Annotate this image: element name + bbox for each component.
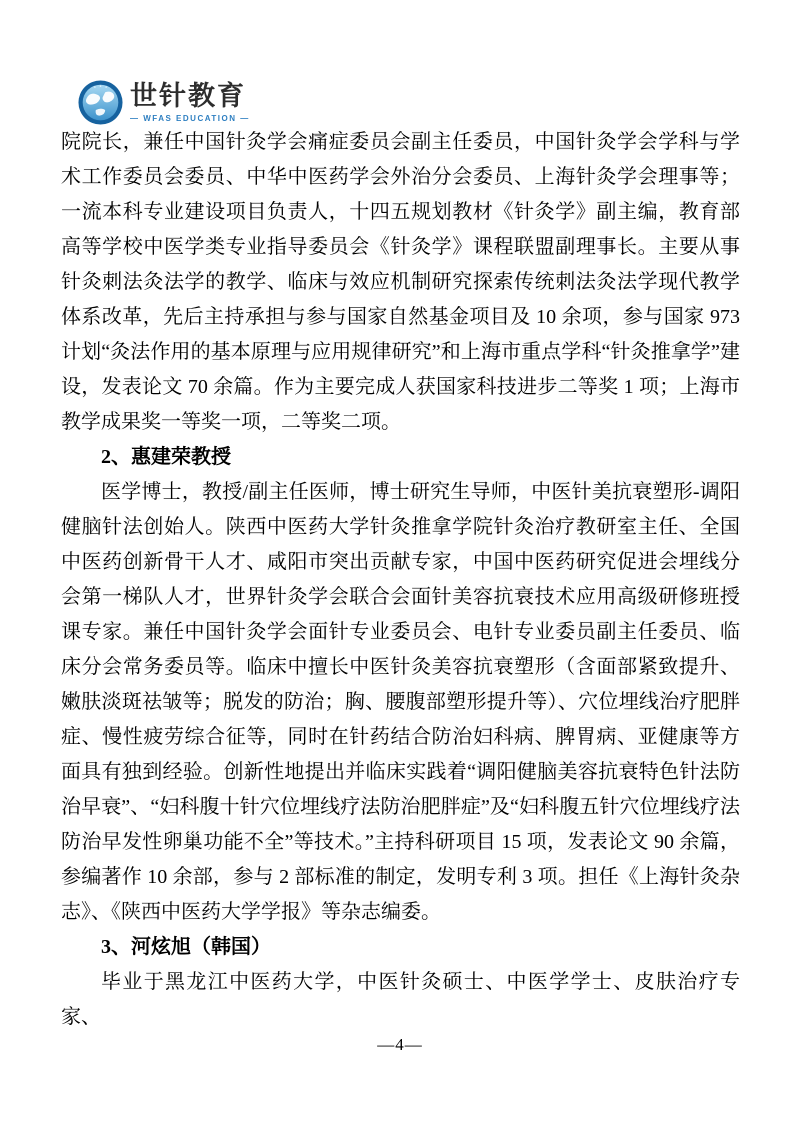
logo-title: 世针教育 bbox=[130, 82, 250, 110]
document-page: 世针教育 — WFAS EDUCATION — 院院长，兼任中国针灸学会痛症委员… bbox=[0, 0, 800, 1132]
page-number: —4— bbox=[0, 1035, 800, 1055]
globe-icon bbox=[78, 80, 123, 125]
section-heading-ha-korea: 3、河炫旭（韩国） bbox=[61, 930, 740, 965]
paragraph-bio-ha-korea: 毕业于黑龙江中医药大学，中医针灸硕士、中医学学士、皮肤治疗专家、 bbox=[61, 965, 740, 1035]
paragraph-bio-professor-hui: 医学博士，教授/副主任医师，博士研究生导师，中医针美抗衰塑形-调阳健脑针法创始人… bbox=[61, 475, 740, 930]
document-body: 院院长，兼任中国针灸学会痛症委员会副主任委员，中国针灸学会学科与学术工作委员会委… bbox=[61, 125, 740, 1035]
section-heading-professor-hui: 2、惠建荣教授 bbox=[61, 440, 740, 475]
logo-subtitle: — WFAS EDUCATION — bbox=[130, 114, 250, 123]
logo-text: 世针教育 — WFAS EDUCATION — bbox=[130, 80, 250, 123]
paragraph-continuation: 院院长，兼任中国针灸学会痛症委员会副主任委员，中国针灸学会学科与学术工作委员会委… bbox=[61, 125, 740, 440]
wfas-logo: 世针教育 — WFAS EDUCATION — bbox=[78, 80, 250, 125]
